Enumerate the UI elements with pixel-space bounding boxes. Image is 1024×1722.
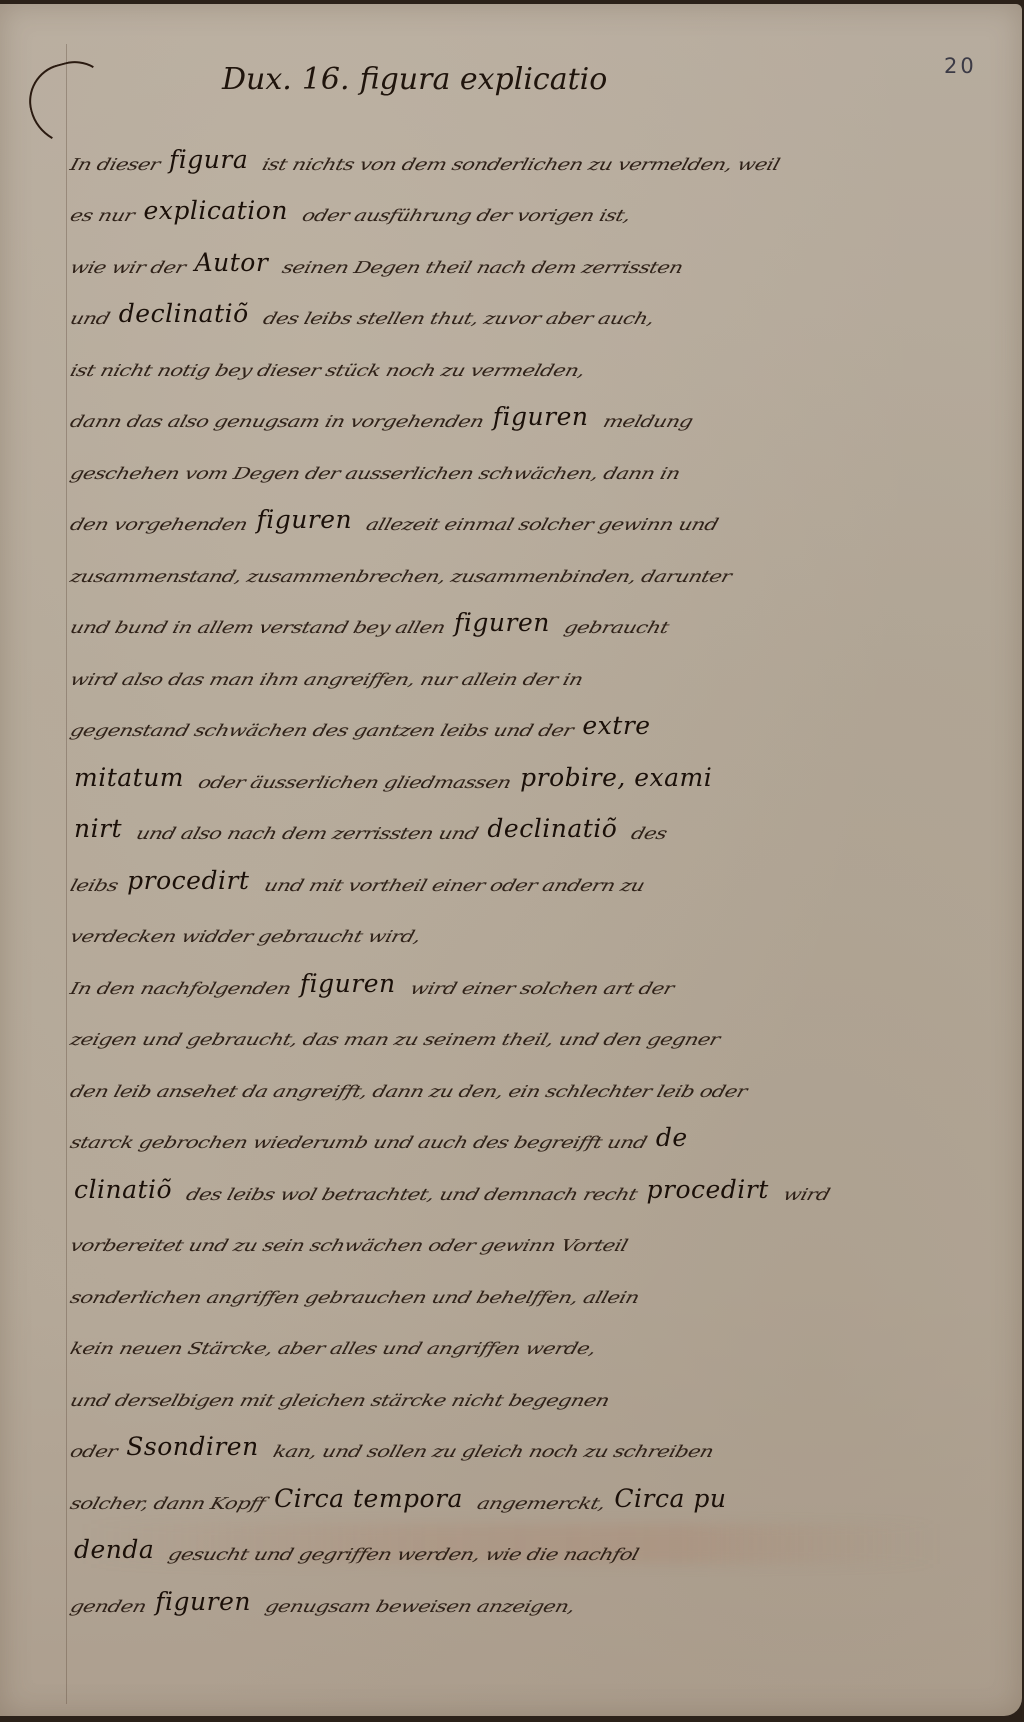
latin-term: procedirt — [127, 866, 249, 895]
latin-term: Circa tempora — [274, 1484, 463, 1513]
kurrent-text: oder äusserlichen gliedmassen — [196, 773, 513, 792]
manuscript-line: vorbereitet und zu sein schwächen oder g… — [68, 1204, 918, 1256]
kurrent-text: vorbereitet und zu sein schwächen oder g… — [68, 1236, 630, 1255]
manuscript-line: kein neuen Stärcke, aber alles und angri… — [68, 1307, 918, 1359]
latin-term: figuren — [256, 505, 352, 534]
kurrent-text: genugsam beweisen anzeigen, — [263, 1597, 577, 1616]
manuscript-line: In den nachfolgenden figuren wird einer … — [68, 946, 918, 998]
latin-term: figuren — [454, 608, 550, 637]
manuscript-line: den vorgehenden figuren allezeit einmal … — [68, 483, 918, 535]
kurrent-text: In den nachfolgenden — [68, 979, 293, 998]
kurrent-text: ist nicht notig bey dieser stück noch zu… — [68, 361, 587, 380]
latin-term: de — [656, 1123, 688, 1152]
heading-latin: figura explicatio — [360, 62, 608, 97]
kurrent-text: ist nichts von dem sonderlichen zu verme… — [260, 155, 782, 174]
kurrent-text: wie wir der — [68, 258, 188, 277]
latin-term: figuren — [493, 402, 589, 431]
kurrent-text: und also nach dem zerrissten und — [134, 824, 480, 843]
latin-term: Autor — [195, 248, 269, 277]
kurrent-text: und derselbigen mit gleichen stärcke nic… — [68, 1391, 611, 1410]
manuscript-line: In dieser figura ist nichts von dem sond… — [68, 122, 918, 174]
manuscript-line: starck gebrochen wiederumb und auch des … — [68, 1101, 918, 1153]
manuscript-line: oder Ssondiren kan, und sollen zu gleich… — [68, 1410, 918, 1462]
kurrent-text: leibs — [68, 876, 120, 895]
latin-term: figuren — [300, 969, 396, 998]
manuscript-line: verdecken widder gebraucht wird, — [68, 895, 918, 947]
kurrent-text: den leib ansehet da angreifft, dann zu d… — [68, 1082, 749, 1101]
latin-term: procedirt — [647, 1175, 769, 1204]
latin-term: mitatum — [74, 763, 184, 792]
folio-number: 20 — [944, 54, 977, 78]
manuscript-line: gegenstand schwächen des gantzen leibs u… — [68, 689, 918, 741]
kurrent-text: gegenstand schwächen des gantzen leibs u… — [68, 721, 575, 740]
kurrent-text: genden — [68, 1597, 148, 1616]
kurrent-text: dann das also genugsam in vorgehenden — [68, 412, 486, 431]
kurrent-text: des — [629, 824, 669, 843]
kurrent-text: allezeit einmal solcher gewinn und — [364, 515, 720, 534]
manuscript-line: wird also das man ihm angreiffen, nur al… — [68, 637, 918, 689]
latin-term: clinatiõ — [74, 1175, 172, 1204]
kurrent-text: starck gebrochen wiederumb und auch des … — [68, 1133, 649, 1152]
kurrent-text: geschehen vom Degen der ausserlichen sch… — [68, 464, 682, 483]
kurrent-text: und mit vortheil einer oder andern zu — [262, 876, 647, 895]
kurrent-text: sonderlichen angriffen gebrauchen und be… — [68, 1288, 641, 1307]
manuscript-text-body: In dieser figura ist nichts von dem sond… — [68, 122, 918, 1616]
kurrent-text: den vorgehenden — [68, 515, 249, 534]
latin-term: Ssondiren — [126, 1432, 258, 1461]
section-heading: Dux.16.figura explicatio — [222, 62, 607, 97]
kurrent-text: oder — [68, 1442, 119, 1461]
manuscript-line: und bund in allem verstand bey allen fig… — [68, 586, 918, 638]
manuscript-line: und declinatiõ des leibs stellen thut, z… — [68, 277, 918, 329]
kurrent-text: es nur — [68, 206, 136, 225]
kurrent-text: kein neuen Stärcke, aber alles und angri… — [68, 1339, 598, 1358]
manuscript-line: ist nicht notig bey dieser stück noch zu… — [68, 328, 918, 380]
kurrent-text: verdecken widder gebraucht wird, — [68, 927, 423, 946]
kurrent-text: gesucht und gegriffen werden, wie die na… — [166, 1545, 641, 1564]
kurrent-text: zusammenstand, zusammenbrechen, zusammen… — [68, 567, 733, 586]
latin-term: denda — [74, 1535, 154, 1564]
kurrent-text: gebraucht — [562, 618, 671, 637]
latin-term: extre — [582, 711, 650, 740]
heading-number: 16. — [302, 62, 350, 97]
manuscript-line: genden figuren genugsam beweisen anzeige… — [68, 1564, 918, 1616]
kurrent-text: wird einer solchen art der — [408, 979, 676, 998]
kurrent-text: angemerckt, — [475, 1494, 607, 1513]
manuscript-line: denda gesucht und gegriffen werden, wie … — [68, 1513, 918, 1565]
kurrent-text: kan, und sollen zu gleich noch zu schrei… — [271, 1442, 716, 1461]
heading-prefix: Dux. — [222, 62, 292, 97]
manuscript-line: zusammenstand, zusammenbrechen, zusammen… — [68, 534, 918, 586]
kurrent-text: des leibs wol betrachtet, und demnach re… — [184, 1185, 639, 1204]
latin-term: probire, exami — [520, 763, 712, 792]
kurrent-text: des leibs stellen thut, zuvor aber auch, — [261, 309, 656, 328]
manuscript-line: solcher, dann Kopff Circa tempora angeme… — [68, 1461, 918, 1513]
manuscript-line: sonderlichen angriffen gebrauchen und be… — [68, 1255, 918, 1307]
manuscript-line: geschehen vom Degen der ausserlichen sch… — [68, 431, 918, 483]
manuscript-line: es nur explication oder ausführung der v… — [68, 174, 918, 226]
kurrent-text: wird also das man ihm angreiffen, nur al… — [68, 670, 585, 689]
manuscript-line: und derselbigen mit gleichen stärcke nic… — [68, 1358, 918, 1410]
latin-term: explication — [143, 196, 288, 225]
kurrent-text: seinen Degen theil nach dem zerrissten — [280, 258, 685, 277]
manuscript-line: clinatiõ des leibs wol betrachtet, und d… — [68, 1152, 918, 1204]
kurrent-text: zeigen und gebraucht, das man zu seinem … — [68, 1030, 722, 1049]
manuscript-line: dann das also genugsam in vorgehenden fi… — [68, 380, 918, 432]
latin-term: figuren — [155, 1587, 251, 1616]
latin-term: declinatiõ — [487, 814, 617, 843]
manuscript-page: 20 Dux.16.figura explicatio In dieser fi… — [0, 4, 1022, 1716]
latin-term: nirt — [74, 814, 122, 843]
latin-term: Circa pu — [614, 1484, 726, 1513]
kurrent-text: meldung — [601, 412, 695, 431]
kurrent-text: oder ausführung der vorigen ist, — [300, 206, 633, 225]
kurrent-text: wird — [781, 1185, 832, 1204]
latin-term: figura — [169, 145, 248, 174]
manuscript-line: leibs procedirt und mit vortheil einer o… — [68, 843, 918, 895]
manuscript-line: wie wir der Autor seinen Degen theil nac… — [68, 225, 918, 277]
manuscript-line: nirt und also nach dem zerrissten und de… — [68, 792, 918, 844]
kurrent-text: und bund in allem verstand bey allen — [68, 618, 447, 637]
latin-term: declinatiõ — [119, 299, 249, 328]
manuscript-line: zeigen und gebraucht, das man zu seinem … — [68, 998, 918, 1050]
kurrent-text: und — [68, 309, 112, 328]
manuscript-line: mitatum oder äusserlichen gliedmassen pr… — [68, 740, 918, 792]
margin-rule — [66, 44, 67, 1704]
kurrent-text: In dieser — [68, 155, 162, 174]
kurrent-text: solcher, dann Kopff — [68, 1494, 267, 1513]
manuscript-line: den leib ansehet da angreifft, dann zu d… — [68, 1049, 918, 1101]
